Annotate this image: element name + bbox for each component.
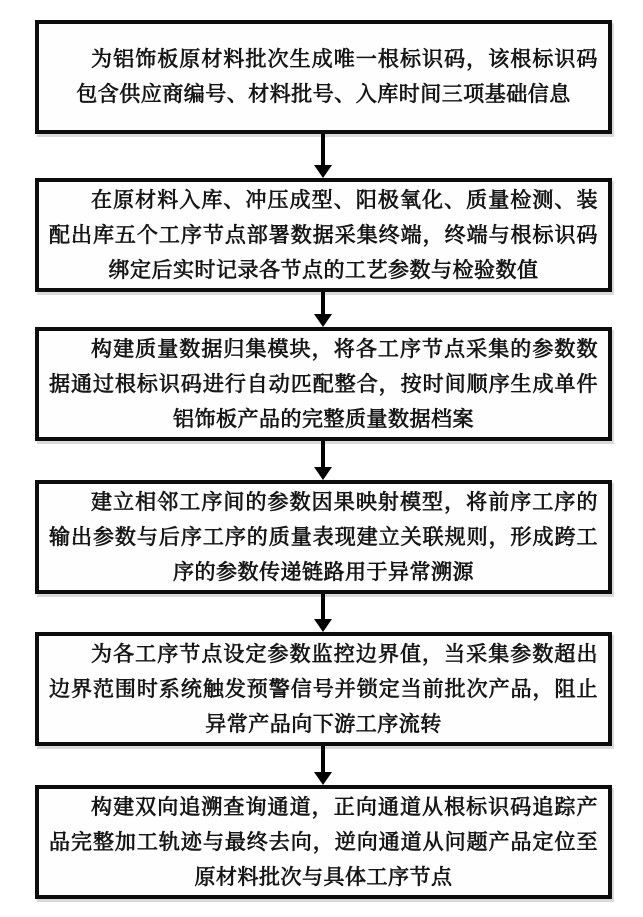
arrow-shaft	[321, 292, 325, 314]
flow-step-4-text: 建立相邻工序间的参数因果映射模型，将前序工序的输出参数与后序工序的质量表现建立关…	[49, 485, 598, 590]
down-arrow-4	[314, 594, 332, 632]
arrow-head-icon	[314, 772, 332, 785]
arrow-shaft	[321, 134, 325, 165]
down-arrow-1	[314, 134, 332, 178]
down-arrow-5	[314, 746, 332, 785]
down-arrow-2	[314, 292, 332, 327]
arrow-head-icon	[314, 467, 332, 480]
flow-step-5: 为各工序节点设定参数监控边界值，当采集参数超出边界范围时系统触发预警信号并锁定当…	[35, 632, 612, 746]
flow-step-4: 建立相邻工序间的参数因果映射模型，将前序工序的输出参数与后序工序的质量表现建立关…	[35, 480, 612, 594]
arrow-shaft	[321, 441, 325, 467]
down-arrow-3	[314, 441, 332, 480]
flow-step-1-text: 为铝饰板原材料批次生成唯一根标识码，该根标识码包含供应商编号、材料批号、入库时间…	[49, 42, 598, 112]
flow-step-6: 构建双向追溯查询通道，正向通道从根标识码追踪产品完整加工轨迹与最终去向，逆向通道…	[35, 785, 612, 899]
flow-step-1: 为铝饰板原材料批次生成唯一根标识码，该根标识码包含供应商编号、材料批号、入库时间…	[35, 20, 612, 134]
arrow-shaft	[321, 746, 325, 772]
arrow-head-icon	[314, 619, 332, 632]
flow-step-6-text: 构建双向追溯查询通道，正向通道从根标识码追踪产品完整加工轨迹与最终去向，逆向通道…	[49, 790, 598, 895]
arrow-head-icon	[314, 165, 332, 178]
flow-step-2-text: 在原材料入库、冲压成型、阳极氧化、质量检测、装配出库五个工序节点部署数据采集终端…	[49, 183, 598, 288]
flow-step-5-text: 为各工序节点设定参数监控边界值，当采集参数超出边界范围时系统触发预警信号并锁定当…	[49, 637, 598, 742]
flow-step-3-text: 构建质量数据归集模块，将各工序节点采集的参数数据通过根标识码进行自动匹配整合，按…	[49, 332, 598, 437]
flow-step-3: 构建质量数据归集模块，将各工序节点采集的参数数据通过根标识码进行自动匹配整合，按…	[35, 327, 612, 441]
flow-step-2: 在原材料入库、冲压成型、阳极氧化、质量检测、装配出库五个工序节点部署数据采集终端…	[35, 178, 612, 292]
arrow-shaft	[321, 594, 325, 619]
flowchart-page: 为铝饰板原材料批次生成唯一根标识码，该根标识码包含供应商编号、材料批号、入库时间…	[0, 0, 643, 917]
arrow-head-icon	[314, 314, 332, 327]
